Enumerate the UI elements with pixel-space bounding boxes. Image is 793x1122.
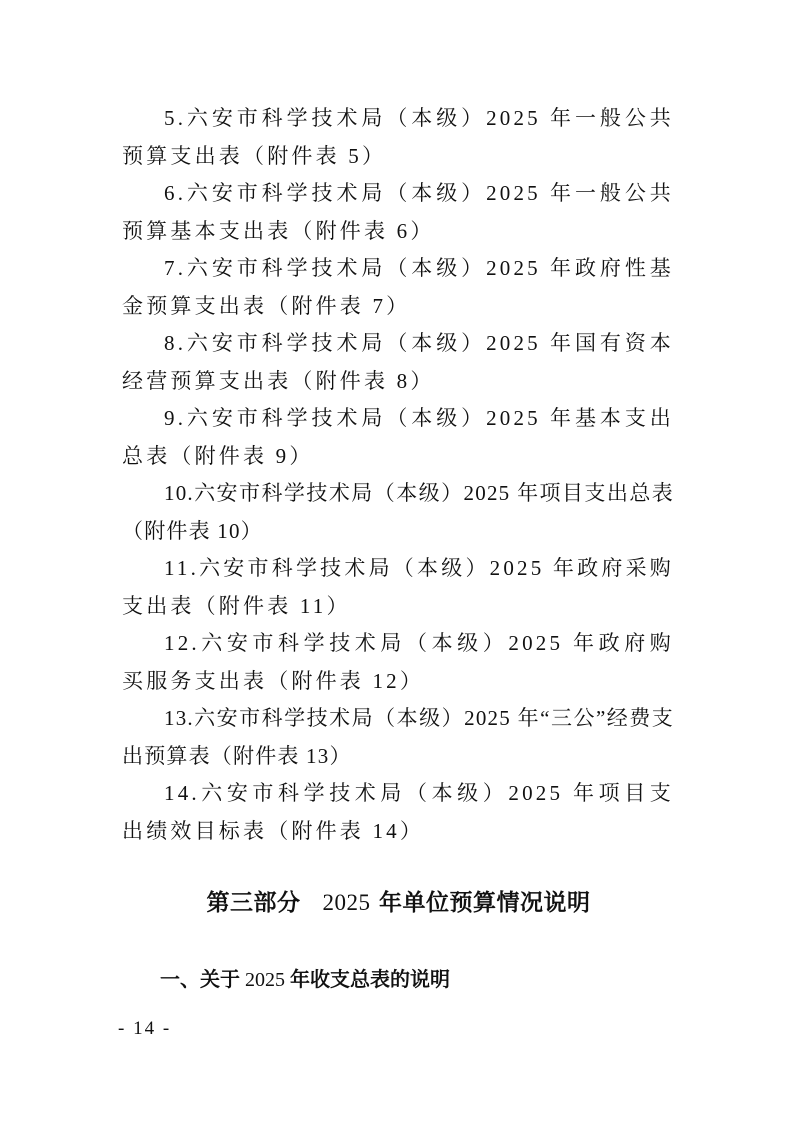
page-number: - 14 - bbox=[118, 1018, 171, 1040]
subsection-heading: 一、关于 2025 年收支总表的说明 bbox=[160, 963, 450, 992]
subsection-year: 2025 bbox=[240, 969, 290, 991]
list-item: 11.六安市科学技术局（本级）2025 年政府采购支出表（附件表 11） bbox=[122, 550, 674, 625]
section-year: 2025 bbox=[322, 890, 370, 915]
list-item: 12.六安市科学技术局（本级）2025 年政府购买服务支出表（附件表 12） bbox=[122, 625, 674, 700]
list-item: 8.六安市科学技术局（本级）2025 年国有资本经营预算支出表（附件表 8） bbox=[122, 325, 674, 400]
list-item: 14.六安市科学技术局（本级）2025 年项目支出绩效目标表（附件表 14） bbox=[122, 775, 674, 850]
section-part-label: 第三部分 bbox=[206, 890, 300, 916]
subsection-title-text: 年收支总表的说明 bbox=[290, 967, 450, 991]
section-title-text: 年单位预算情况说明 bbox=[379, 890, 591, 916]
list-item: 5.六安市科学技术局（本级）2025 年一般公共预算支出表（附件表 5） bbox=[122, 100, 674, 175]
attachment-list: 5.六安市科学技术局（本级）2025 年一般公共预算支出表（附件表 5） 6.六… bbox=[122, 100, 674, 850]
section-heading: 第三部分2025 年单位预算情况说明 bbox=[0, 884, 793, 917]
list-item: 6.六安市科学技术局（本级）2025 年一般公共预算基本支出表（附件表 6） bbox=[122, 175, 674, 250]
list-item: 13.六安市科学技术局（本级）2025 年“三公”经费支出预算表（附件表 13） bbox=[122, 700, 674, 775]
list-item: 7.六安市科学技术局（本级）2025 年政府性基金预算支出表（附件表 7） bbox=[122, 250, 674, 325]
subsection-prefix: 一、关于 bbox=[160, 967, 240, 991]
list-item: 10.六安市科学技术局（本级）2025 年项目支出总表（附件表 10） bbox=[122, 475, 674, 550]
list-item: 9.六安市科学技术局（本级）2025 年基本支出总表（附件表 9） bbox=[122, 400, 674, 475]
document-page: 5.六安市科学技术局（本级）2025 年一般公共预算支出表（附件表 5） 6.六… bbox=[0, 0, 793, 1122]
